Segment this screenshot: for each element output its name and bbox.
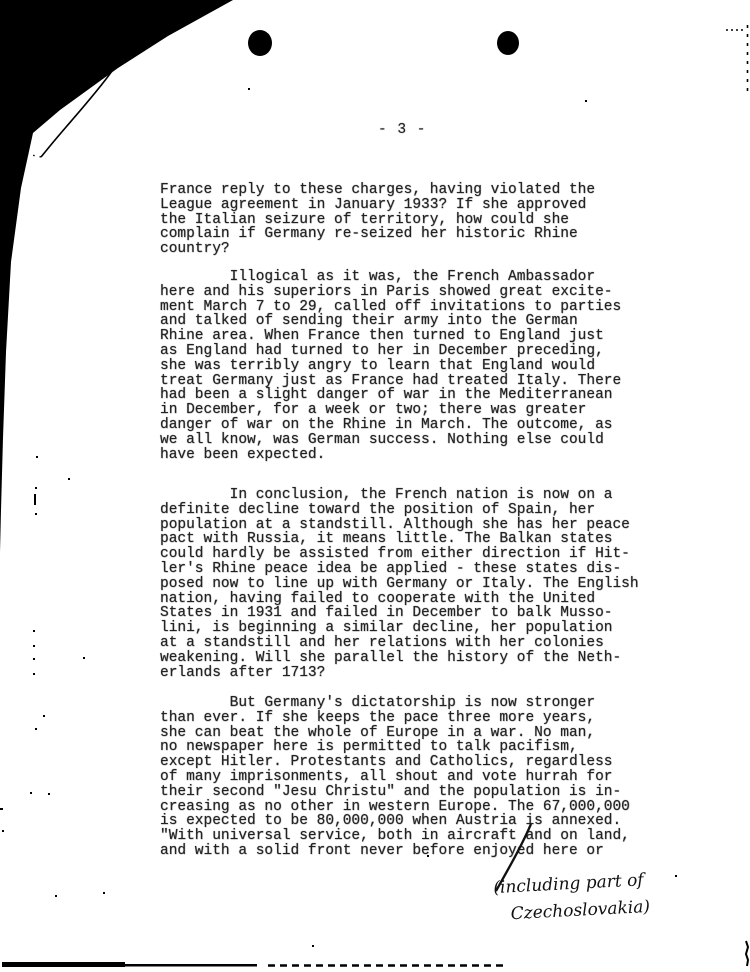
page-number: - 3 - — [378, 122, 427, 138]
paragraph-4: But Germany's dictatorship is now strong… — [160, 696, 630, 859]
text-line: League agreement in January 1933? If she… — [160, 198, 595, 213]
text-line: In conclusion, the French nation is now … — [160, 488, 639, 503]
annotation-line-2: Czechoslovakia) — [510, 897, 650, 924]
text-line: But Germany's dictatorship is now strong… — [160, 696, 630, 711]
text-line: could hardly be assisted from either dir… — [160, 547, 639, 562]
text-line: except Hitler. Protestants and Catholics… — [160, 755, 630, 770]
text-line: at a standstill and her relations with h… — [160, 636, 639, 651]
text-line: pact with Russia, it means little. The B… — [160, 532, 639, 547]
text-line: is expected to be 80,000,000 when Austri… — [160, 814, 630, 829]
document-page: - 3 - France reply to these charges, hav… — [0, 0, 750, 972]
text-line: we all know, was German success. Nothing… — [160, 433, 621, 448]
annotation-line-1: (including part of — [493, 870, 649, 898]
text-line: "With universal service, both in aircraf… — [160, 829, 630, 844]
text-line: and with a solid front never before enjo… — [160, 844, 630, 859]
text-line: had been a slight danger of war in the M… — [160, 388, 621, 403]
handwritten-annotation: (including part of Czechoslovakia) — [493, 870, 651, 925]
text-line: complain if Germany re-seized her histor… — [160, 227, 595, 242]
text-line: here and his superiors in Paris showed g… — [160, 285, 621, 300]
bottom-right-edge-mark — [746, 941, 748, 966]
text-line: of many imprisonments, all shout and vot… — [160, 770, 630, 785]
text-line: danger of war on the Rhine in March. The… — [160, 418, 621, 433]
text-line: their second "Jesu Christu" and the popu… — [160, 785, 630, 800]
text-line: no newspaper here is permitted to talk p… — [160, 740, 630, 755]
paragraph-3: In conclusion, the French nation is now … — [160, 488, 639, 680]
text-line: she was terribly angry to learn that Eng… — [160, 359, 621, 374]
text-line: have been expected. — [160, 448, 621, 463]
text-line: as England had turned to her in December… — [160, 344, 621, 359]
text-line: erlands after 1713? — [160, 666, 639, 681]
text-line: Illogical as it was, the French Ambassad… — [160, 270, 621, 285]
text-line: States in 1931 and failed in December to… — [160, 606, 639, 621]
bottom-scan-edge-thick — [2, 962, 125, 967]
text-line: and talked of sending their army into th… — [160, 314, 621, 329]
text-line: Rhine area. When France then turned to E… — [160, 329, 621, 344]
punch-hole-left — [248, 30, 272, 56]
text-line: lini, is beginning a similar decline, he… — [160, 621, 639, 636]
text-line: definite decline toward the position of … — [160, 503, 639, 518]
text-line: than ever. If she keeps the pace three m… — [160, 711, 630, 726]
text-line: posed now to line up with Germany or Ita… — [160, 577, 639, 592]
bottom-scan-edge-thin — [125, 964, 257, 967]
text-line: weakening. Will she parallel the history… — [160, 651, 639, 666]
fold-crease-dots — [8, 150, 41, 157]
text-line: ler's Rhine peace idea be applied - thes… — [160, 562, 639, 577]
text-line: in December, for a week or two; there wa… — [160, 403, 621, 418]
fold-crease-line — [41, 0, 142, 157]
text-line: country? — [160, 242, 595, 257]
paragraph-1: France reply to these charges, having vi… — [160, 183, 595, 257]
punch-hole-right — [497, 31, 519, 55]
text-line: France reply to these charges, having vi… — [160, 183, 595, 198]
paragraph-2: Illogical as it was, the French Ambassad… — [160, 270, 621, 462]
